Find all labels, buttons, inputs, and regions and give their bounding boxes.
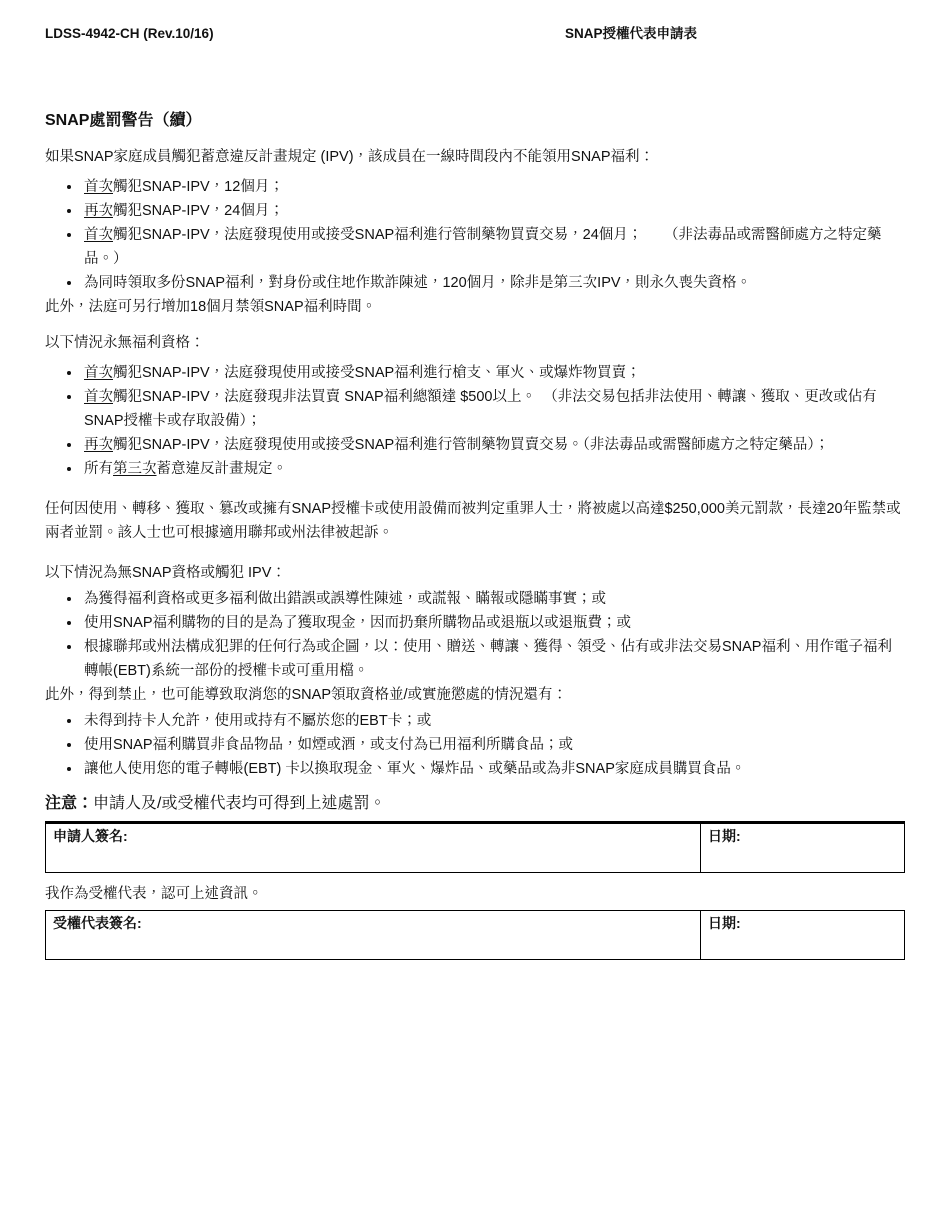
page-title: SNAP處罰警告（續） [45,109,905,133]
form-title: SNAP授權代表申請表 [565,25,697,43]
list-item: 未得到持卡人允許，使用或持有不屬於您的EBT卡；或 [82,709,905,733]
representative-signature-table: 受權代表簽名: 日期: [45,910,905,960]
notice-text: 申請人及/或受權代表均可得到上述處罰。 [93,795,385,812]
representative-date-label: 日期: [708,915,741,931]
applicant-signature-table: 申請人簽名: 日期: [45,821,905,873]
document-page: LDSS-4942-CH (Rev.10/16) SNAP授權代表申請表 SNA… [0,0,950,1230]
form-number: LDSS-4942-CH (Rev.10/16) [45,25,214,43]
additional-prohibitions-list: 未得到持卡人允許，使用或持有不屬於您的EBT卡；或使用SNAP福利購買非食品物品… [45,709,905,781]
underlined-term: 再次 [84,203,113,219]
notice-label: 注意： [45,795,93,812]
representative-date-field[interactable]: 日期: [700,911,904,960]
applicant-date-field[interactable]: 日期: [700,823,904,873]
additional-intro-paragraph: 此外，得到禁止，也可能導致取消您的SNAP領取資格並/或實施懲處的情況還有： [45,683,905,707]
list-item: 使用SNAP福利購買非食品物品，如煙或酒，或支付為已用福利所購食品；或 [82,733,905,757]
notice-line: 注意：申請人及/或受權代表均可得到上述處罰。 [45,791,905,817]
list-item: 所有第三次蓄意違反計畫規定。 [82,457,905,481]
underlined-term: 首次 [84,227,113,243]
list-item: 讓他人使用您的電子轉帳(EBT) 卡以換取現金、軍火、爆炸品、或藥品或為非SNA… [82,757,905,781]
list-item: 根據聯邦或州法構成犯罪的任何行為或企圖，以：使用、贈送、轉讓、獲得、領受、佔有或… [82,635,905,683]
disqualification-periods-list: 首次觸犯SNAP-IPV，12個月；再次觸犯SNAP-IPV，24個月；首次觸犯… [45,175,905,295]
underlined-term: 第三次 [113,461,157,477]
permanent-heading: 以下情況永無福利資格： [45,331,905,355]
applicant-signature-field[interactable]: 申請人簽名: [46,823,701,873]
list-item: 為同時領取多份SNAP福利，對身份或住地作欺詐陳述，120個月，除非是第三次IP… [82,271,905,295]
document-header: LDSS-4942-CH (Rev.10/16) SNAP授權代表申請表 [45,25,905,43]
permanent-disqualification-list: 首次觸犯SNAP-IPV，法庭發現使用或接受SNAP福利進行槍支、軍火、或爆炸物… [45,361,905,481]
underlined-term: 首次 [84,365,113,381]
applicant-date-label: 日期: [708,828,741,844]
ipv-violations-list: 為獲得福利資格或更多福利做出錯誤或誤導性陳述，或謊報、瞞報或隱瞞事實；或使用SN… [45,587,905,683]
list-item: 為獲得福利資格或更多福利做出錯誤或誤導性陳述，或謊報、瞞報或隱瞞事實；或 [82,587,905,611]
list-item: 首次觸犯SNAP-IPV，法庭發現使用或接受SNAP福利進行槍支、軍火、或爆炸物… [82,361,905,385]
underlined-term: 再次 [84,437,113,453]
felony-paragraph: 任何因使用、轉移、獲取、篡改或擁有SNAP授權卡或使用設備而被判定重罪人士，將被… [45,497,905,545]
list-item: 首次觸犯SNAP-IPV，12個月； [82,175,905,199]
representative-ack-paragraph: 我作為受權代表，認可上述資訊。 [45,882,905,906]
applicant-signature-label: 申請人簽名: [53,828,128,844]
underlined-term: 首次 [84,179,113,195]
list-item: 再次觸犯SNAP-IPV，24個月； [82,199,905,223]
list-item: 首次觸犯SNAP-IPV，法庭發現非法買賣 SNAP福利總額達 $500以上。 … [82,385,905,433]
underlined-term: 首次 [84,389,113,405]
list-item: 再次觸犯SNAP-IPV，法庭發現使用或接受SNAP福利進行管制藥物買賣交易。（… [82,433,905,457]
extra-months-paragraph: 此外，法庭可另行增加18個月禁領SNAP福利時間。 [45,295,905,319]
representative-signature-label: 受權代表簽名: [53,915,142,931]
representative-signature-field[interactable]: 受權代表簽名: [46,911,701,960]
ipv-heading: 以下情況為無SNAP資格或觸犯 IPV： [45,561,905,585]
list-item: 首次觸犯SNAP-IPV，法庭發現使用或接受SNAP福利進行管制藥物買賣交易，2… [82,223,905,271]
intro-paragraph: 如果SNAP家庭成員觸犯蓄意違反計畫規定 (IPV)，該成員在一線時間段內不能領… [45,145,905,169]
list-item: 使用SNAP福利購物的目的是為了獲取現金，因而扔棄所購物品或退瓶以或退瓶費；或 [82,611,905,635]
